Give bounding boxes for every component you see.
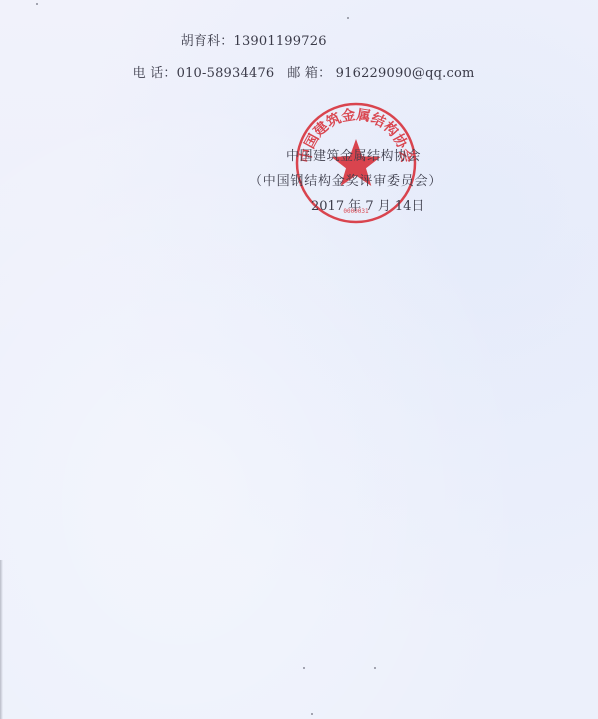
contact-info-line: 电 话：010-58934476 邮 箱： 916229090@qq.com bbox=[124, 47, 475, 81]
email-label: 邮 箱： bbox=[287, 66, 331, 81]
contact-person-line: 胡育科：13901199726 bbox=[172, 15, 327, 49]
signature-organization: 中国建筑金属结构协会 bbox=[286, 145, 421, 164]
scan-speck bbox=[347, 17, 349, 19]
signature-date: 2017 年 7 月 14日 bbox=[311, 195, 424, 214]
scan-edge-shadow bbox=[0, 560, 3, 719]
signature-sub-organization: （中国钢结构金奖评审委员会） bbox=[249, 170, 442, 189]
scan-speck bbox=[311, 713, 313, 715]
phone-value: 010-58934476 bbox=[177, 66, 275, 81]
email-value: 916229090@qq.com bbox=[336, 66, 475, 81]
scan-speck bbox=[374, 667, 376, 669]
phone-label: 电 话： bbox=[133, 66, 177, 81]
scan-speck bbox=[303, 667, 305, 669]
scan-speck bbox=[36, 3, 38, 5]
